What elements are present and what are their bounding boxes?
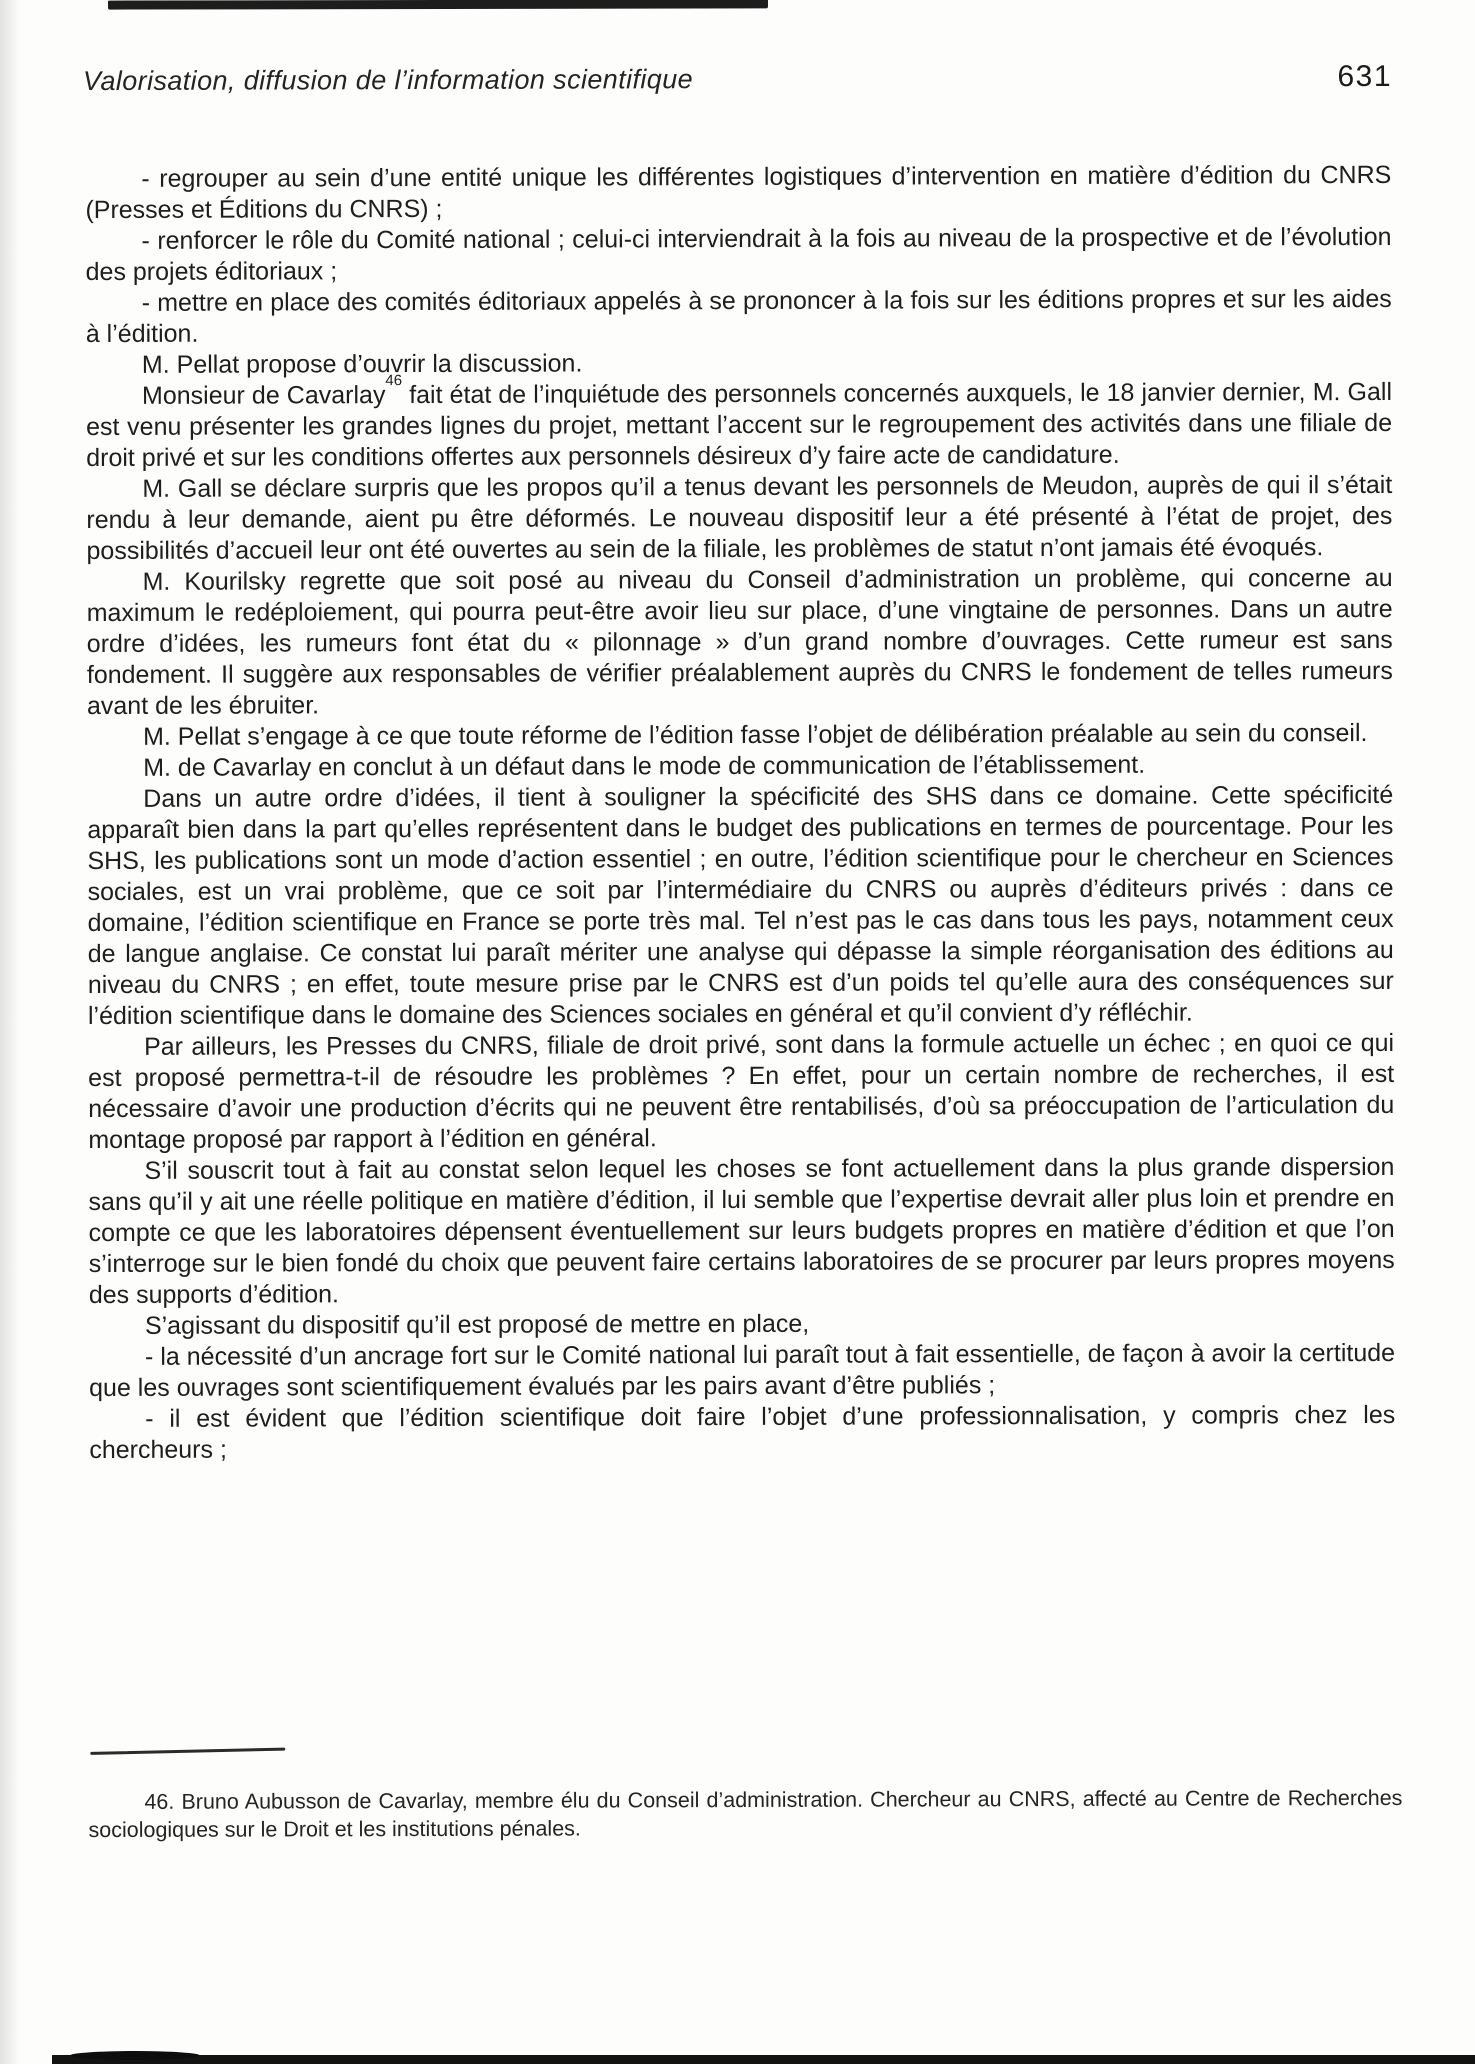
paragraph: M. Gall se déclare surpris que les propo… [86, 470, 1392, 567]
scanned-page: Valorisation, diffusion de l’information… [0, 0, 1475, 2064]
body-text: - regrouper au sein d’une entité unique … [85, 160, 1395, 1466]
footnote: 46. Bruno Aubusson de Cavarlay, membre é… [88, 1785, 1402, 1844]
page-number: 631 [1337, 60, 1392, 94]
list-item: - renforcer le rôle du Comité national ;… [85, 222, 1391, 288]
paragraph: S’agissant du dispositif qu’il est propo… [89, 1307, 1395, 1342]
paragraph: S’il souscrit tout à fait au constat sel… [88, 1152, 1394, 1311]
list-item: - il est évident que l’édition scientifi… [89, 1400, 1395, 1466]
footnote-reference: 46 [385, 372, 402, 389]
paragraph: M. Pellat propose d’ouvrir la discussion… [86, 346, 1392, 381]
running-header-title: Valorisation, diffusion de l’information… [83, 64, 693, 97]
page-content: Valorisation, diffusion de l’information… [0, 0, 1475, 2064]
list-item: - regrouper au sein d’une entité unique … [85, 160, 1391, 226]
paragraph: Dans un autre ordre d’idées, il tient à … [87, 780, 1394, 1032]
paragraph-text: Monsieur de Cavarlay [142, 381, 386, 410]
paragraph: Par ailleurs, les Presses du CNRS, filia… [88, 1028, 1394, 1156]
running-header: Valorisation, diffusion de l’information… [83, 60, 1392, 98]
footnote-text: Bruno Aubusson de Cavarlay, membre élu d… [88, 1786, 1402, 1842]
scan-artifact-bottom-bar [52, 2055, 1475, 2064]
paragraph: M. de Cavarlay en conclut à un défaut da… [87, 749, 1393, 784]
list-item: - mettre en place des comités éditoriaux… [86, 284, 1392, 350]
footnote-number: 46. [144, 1790, 174, 1814]
paragraph: M. Pellat s’engage à ce que toute réform… [87, 718, 1393, 753]
list-item: - la nécessité d’un ancrage fort sur le … [89, 1338, 1395, 1404]
paragraph: Monsieur de Cavarlay46 fait état de l’in… [86, 377, 1392, 474]
footnote-area: 46. Bruno Aubusson de Cavarlay, membre é… [88, 1746, 1402, 1844]
paragraph: M. Kourilsky regrette que soit posé au n… [87, 563, 1393, 722]
footnote-separator [90, 1748, 285, 1755]
